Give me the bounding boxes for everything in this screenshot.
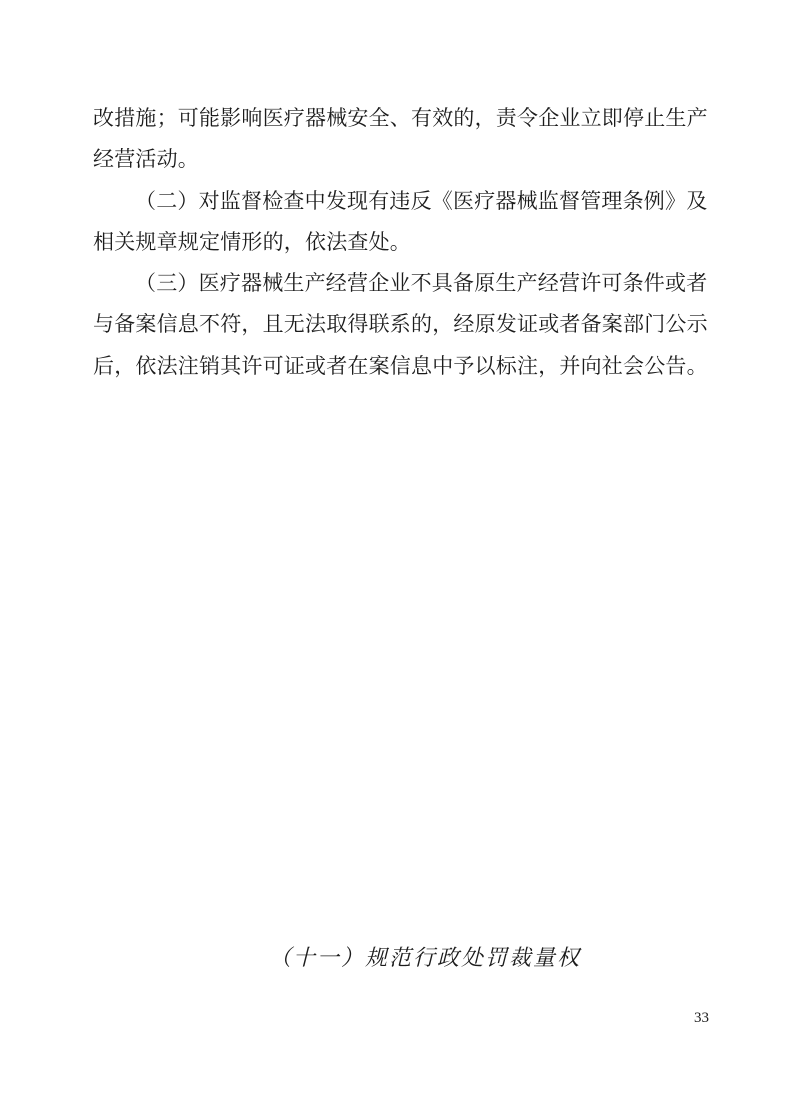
- paragraph-line: （三）医疗器械生产经营企业不具备原生产经营许可条件或者: [93, 263, 707, 304]
- paragraph: （二）对监督检查中发现有违反《医疗器械监督管理条例》及 相关规章规定情形的，依法…: [93, 181, 707, 264]
- document-body: 改措施；可能影响医疗器械安全、有效的，责令企业立即停止生产 经营活动。 （二）对…: [93, 98, 707, 387]
- section-heading: （十一）规范行政处罚裁量权: [118, 943, 732, 973]
- paragraph-line: 后，依法注销其许可证或者在案信息中予以标注，并向社会公告。: [93, 346, 707, 387]
- paragraph-line: 与备案信息不符，且无法取得联系的，经原发证或者备案部门公示: [93, 304, 707, 345]
- paragraph-line: 相关规章规定情形的，依法查处。: [93, 222, 707, 263]
- paragraph-line: （二）对监督检查中发现有违反《医疗器械监督管理条例》及: [93, 181, 707, 222]
- paragraph: （三）医疗器械生产经营企业不具备原生产经营许可条件或者 与备案信息不符，且无法取…: [93, 263, 707, 387]
- document-page: 改措施；可能影响医疗器械安全、有效的，责令企业立即停止生产 经营活动。 （二）对…: [0, 0, 793, 1096]
- paragraph-line: 经营活动。: [93, 139, 707, 180]
- paragraph: 改措施；可能影响医疗器械安全、有效的，责令企业立即停止生产 经营活动。: [93, 98, 707, 181]
- paragraph-line: 改措施；可能影响医疗器械安全、有效的，责令企业立即停止生产: [93, 98, 707, 139]
- page-number: 33: [694, 1009, 709, 1027]
